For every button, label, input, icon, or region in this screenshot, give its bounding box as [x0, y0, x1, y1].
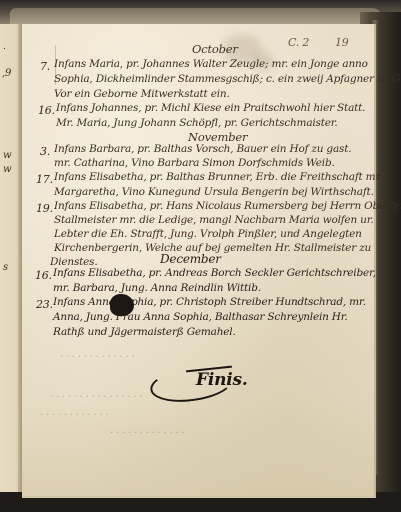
- bleedthrough-text: · · · · · · · · · · · · ·: [60, 352, 134, 363]
- left-page-fragment: ,9: [2, 68, 11, 79]
- entry-day: 23.: [36, 298, 53, 311]
- left-page-fragment: w: [3, 164, 11, 175]
- month-heading-october: October: [192, 42, 238, 56]
- entry-day: 7.: [40, 60, 50, 73]
- left-page-fragment: .: [3, 42, 6, 52]
- entry-day: 17.: [36, 173, 53, 186]
- entry-line: Stallmeister mr. die Ledige, mangl Nachb…: [54, 214, 374, 226]
- entry-day: 16.: [35, 269, 52, 282]
- month-heading-december: December: [160, 252, 221, 266]
- left-page-fragment: s: [3, 262, 8, 273]
- bleedthrough-text: · · · · · · · · · · · · · · · ·: [50, 392, 142, 403]
- entry-line: mr. Catharina, Vino Barbara Simon Dorfsc…: [54, 157, 335, 169]
- entry-line: Vor ein Geborne Mitwerkstatt ein.: [54, 88, 230, 100]
- entry-line: Lebter die Eh. Strafft, Jung. Vrolph Pin…: [54, 228, 362, 240]
- bleedthrough-text: · · · · · · · · · · · ·: [40, 410, 109, 421]
- folio-number: 19: [335, 36, 349, 49]
- closing-finis: Finis.: [196, 370, 248, 390]
- entry-line: Sophia, Dickheimlinder Stammesgschiß; c.…: [54, 73, 401, 85]
- entry-line: Infans Elisabetha, pr. Andreas Borch Sec…: [53, 267, 376, 279]
- entry-line: Infans Maria, pr. Johannes Walter Zeugle…: [54, 58, 368, 70]
- entry-line: Infans Elisabetha, pr. Hans Nicolaus Rum…: [54, 200, 401, 212]
- manuscript-photo: . ,9 w w s C. 2 19 October 7. Infans Mar…: [0, 0, 401, 512]
- entry-line: mr. Barbara, Jung. Anna Reindlin Wittib.: [53, 282, 261, 294]
- bleedthrough-text: · · · · · · · · · · · · ·: [110, 428, 184, 439]
- entry-line: Mr. Maria, Jung Johann Schöpfl, pr. Geri…: [56, 117, 338, 129]
- entry-line: Infans Barbara, pr. Balthas Vorsch, Baue…: [54, 143, 351, 155]
- ink-blot: [110, 294, 134, 316]
- entry-line: Margaretha, Vino Kunegund Ursula Bengeri…: [54, 186, 374, 198]
- entry-day: 19.: [36, 202, 53, 215]
- entry-line: Infans Elisabetha, pr. Balthas Brunner, …: [54, 171, 382, 183]
- entry-line: Rathß und Jägermaisterß Gemahel.: [53, 326, 236, 338]
- entry-day: 3.: [40, 145, 50, 158]
- month-heading-november: November: [188, 130, 247, 144]
- entry-line: Infans Johannes, pr. Michl Kiese ein Pra…: [56, 102, 365, 114]
- folio-prefix: C. 2: [288, 36, 309, 49]
- entry-day: 16.: [38, 104, 55, 117]
- left-page-fragment: w: [3, 150, 11, 161]
- entry-line: Infans Anna Sophia, pr. Christoph Streib…: [53, 296, 366, 308]
- entry-line: Anna, Jung. Frau Anna Sophia, Balthasar …: [53, 311, 348, 323]
